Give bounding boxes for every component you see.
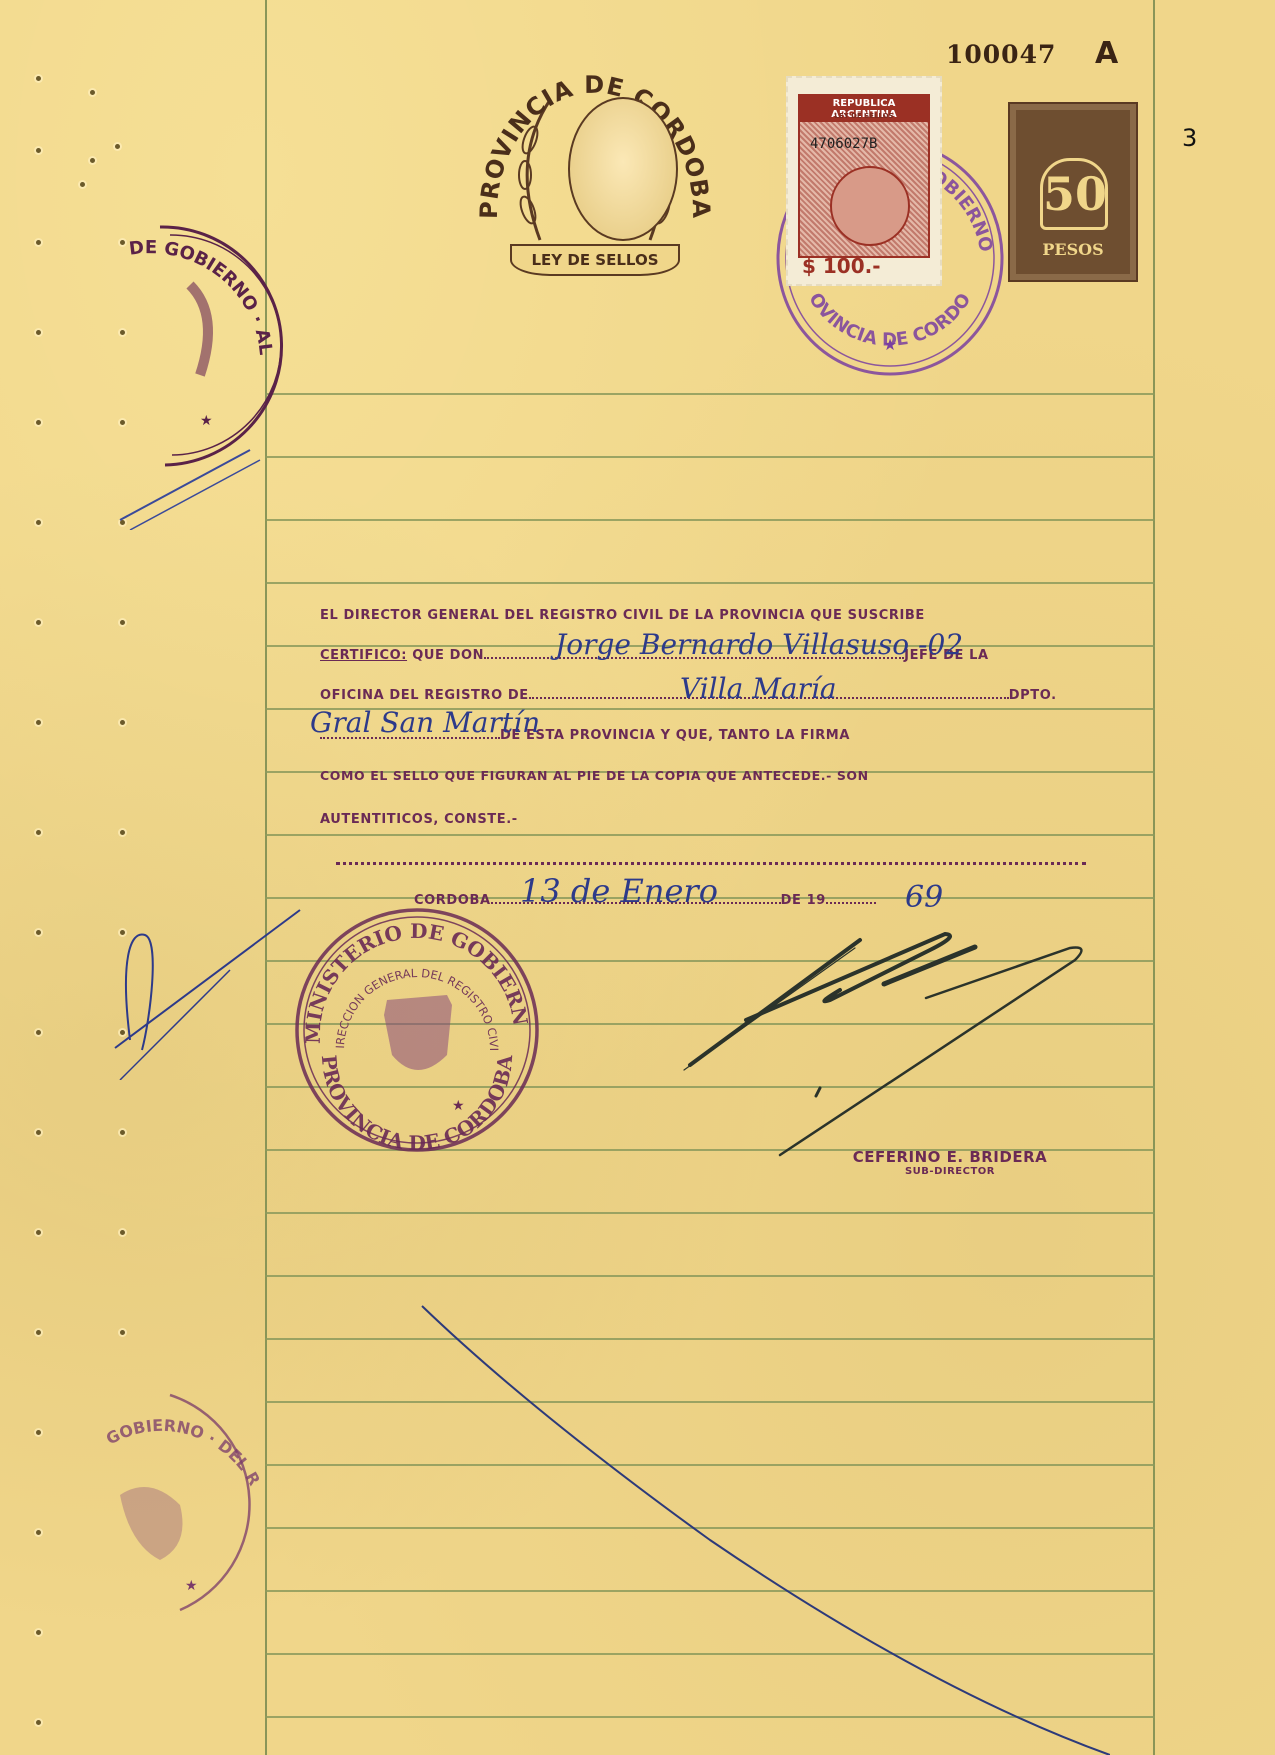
ruled-line bbox=[265, 834, 1155, 836]
binding-hole bbox=[36, 720, 41, 725]
serial-series: A bbox=[1095, 36, 1118, 71]
binding-hole bbox=[36, 1430, 41, 1435]
signatory-name: CEFERINO E. BRIDERA bbox=[840, 1148, 1060, 1166]
binding-hole bbox=[36, 1630, 41, 1635]
handwritten-office: Villa María bbox=[680, 672, 837, 705]
signatory-block: CEFERINO E. BRIDERA SUB-DIRECTOR bbox=[840, 1148, 1060, 1177]
ruled-line bbox=[265, 519, 1155, 521]
embossed-coat-of-arms bbox=[568, 97, 678, 241]
binding-hole bbox=[90, 90, 95, 95]
margin-initial-mark bbox=[110, 900, 310, 1080]
stamp-serial: 4706027B bbox=[810, 136, 877, 152]
handwritten-date: 13 de Enero bbox=[520, 872, 718, 910]
binding-hole bbox=[120, 1130, 125, 1135]
serial-number: 100047 bbox=[946, 40, 1056, 69]
handwritten-year: 69 bbox=[905, 880, 943, 915]
binding-hole bbox=[36, 330, 41, 335]
binding-hole bbox=[36, 240, 41, 245]
stamp-subtitle: LEY DE SELLOS bbox=[800, 112, 928, 120]
ruled-line bbox=[265, 456, 1155, 458]
binding-hole bbox=[120, 830, 125, 835]
signatory-title: SUB-DIRECTOR bbox=[840, 1166, 1060, 1177]
stamp-value: $ 100.- bbox=[802, 254, 881, 278]
binding-hole bbox=[36, 930, 41, 935]
binding-hole bbox=[90, 158, 95, 163]
separator-dotted-line bbox=[336, 862, 1086, 865]
fiscal-stamp-50-pesos: 50 PESOS bbox=[1008, 102, 1138, 282]
binding-hole bbox=[36, 830, 41, 835]
svg-text:★: ★ bbox=[452, 1098, 465, 1114]
margin-stamp-bottom: GOBIERNO · DEL REGISTRO CIVIL · ★ ...IA … bbox=[90, 1385, 290, 1615]
handwritten-department: Gral San Martín bbox=[310, 706, 540, 739]
signature bbox=[680, 920, 1100, 1160]
oficina-label: OFICINA DEL REGISTRO DE bbox=[320, 688, 529, 703]
binding-hole bbox=[36, 1230, 41, 1235]
page-number: 3 bbox=[1182, 124, 1197, 152]
ruled-line bbox=[265, 582, 1155, 584]
binding-hole bbox=[36, 1720, 41, 1725]
binding-hole bbox=[36, 1030, 41, 1035]
que-don-label: QUE DON bbox=[412, 648, 484, 663]
ruled-line bbox=[265, 393, 1155, 395]
binding-hole bbox=[36, 76, 41, 81]
year-prefix: DE 19 bbox=[781, 893, 826, 908]
margin-ink-stroke bbox=[110, 430, 300, 530]
binding-hole bbox=[36, 148, 41, 153]
svg-text:★: ★ bbox=[185, 1578, 198, 1594]
certificate-line-5: COMO EL SELLO QUE FIGURAN AL PIE DE LA C… bbox=[320, 768, 869, 783]
binding-hole bbox=[36, 1530, 41, 1535]
adhesive-revenue-stamp: REPUBLICA ARGENTINA LEY DE SELLOS 470602… bbox=[786, 76, 942, 286]
fiscal-unit: PESOS bbox=[1016, 240, 1130, 259]
cancellation-stroke bbox=[410, 1300, 1110, 1755]
svg-text:★: ★ bbox=[883, 335, 897, 354]
handwritten-name: Jorge Bernardo Villasuso -02 bbox=[555, 628, 963, 661]
ruled-line bbox=[265, 1212, 1155, 1214]
right-margin-line bbox=[1153, 0, 1155, 1755]
ministry-seal: MINISTERIO DE GOBIERNO DIRECCION GENERAL… bbox=[292, 905, 542, 1155]
certificate-line-6: AUTENTITICOS, CONSTE.- bbox=[320, 812, 518, 827]
binding-hole bbox=[120, 720, 125, 725]
year-dotted-field bbox=[826, 902, 876, 904]
binding-hole bbox=[115, 144, 120, 149]
svg-text:GOBIERNO · DEL REGISTRO CIVIL: GOBIERNO · DEL REGISTRO CIVIL · ★ ...IA … bbox=[90, 1385, 264, 1489]
ruled-line bbox=[265, 1275, 1155, 1277]
binding-hole bbox=[36, 520, 41, 525]
binding-hole bbox=[36, 1330, 41, 1335]
stamp-coat-of-arms bbox=[830, 166, 910, 246]
province-line: DE ESTA PROVINCIA Y QUE, TANTO LA FIRMA bbox=[500, 728, 850, 743]
certifico-label: CERTIFICO: bbox=[320, 648, 407, 663]
binding-hole bbox=[120, 1330, 125, 1335]
binding-hole bbox=[36, 1130, 41, 1135]
svg-text:★: ★ bbox=[200, 413, 213, 429]
binding-hole bbox=[36, 420, 41, 425]
seal-banner: LEY DE SELLOS bbox=[510, 244, 680, 276]
fiscal-value: 50 bbox=[1040, 158, 1108, 230]
binding-hole bbox=[120, 620, 125, 625]
binding-hole bbox=[36, 620, 41, 625]
binding-hole bbox=[120, 1230, 125, 1235]
binding-hole bbox=[80, 182, 85, 187]
dpto-label: DPTO. bbox=[1009, 688, 1057, 703]
certificate-line-1: EL DIRECTOR GENERAL DEL REGISTRO CIVIL D… bbox=[320, 608, 925, 623]
